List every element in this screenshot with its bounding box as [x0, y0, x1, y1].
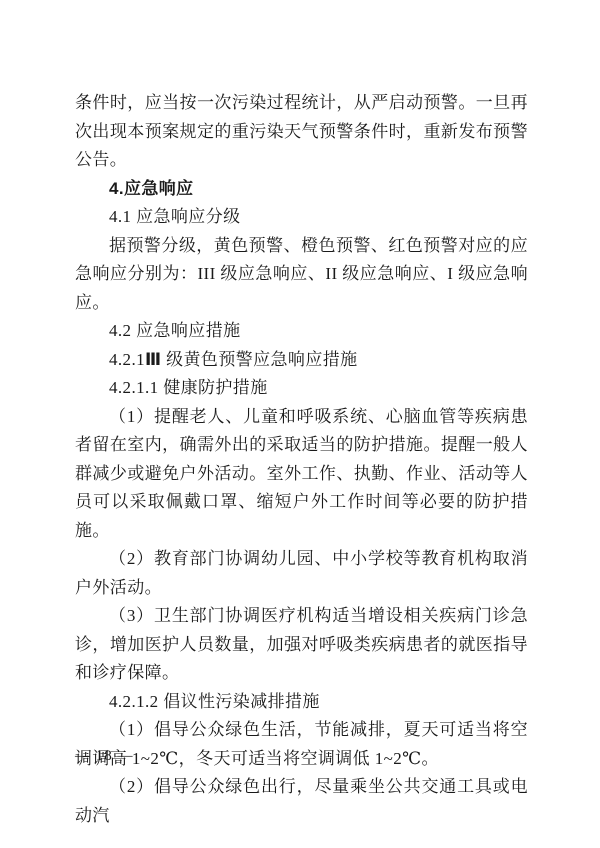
heading-4-1-response-grading: 4.1 应急响应分级: [75, 203, 528, 232]
page-number: — 18 —: [75, 748, 134, 765]
page-body-text: 条件时，应当按一次污染过程统计，从严启动预警。一旦再次出现本预案规定的重污染天气…: [75, 89, 528, 830]
heading-4-2-1-level3-yellow-warning: 4.2.1Ⅲ 级黄色预警应急响应措施: [75, 346, 528, 375]
paragraph-warning-continuation: 条件时，应当按一次污染过程统计，从严启动预警。一旦再次出现本预案规定的重污染天气…: [75, 89, 528, 175]
heading-4-2-1-2-advocacy-emission-reduction: 4.2.1.2 倡议性污染减排措施: [75, 688, 528, 717]
heading-4-2-response-measures: 4.2 应急响应措施: [75, 317, 528, 346]
paragraph-advocacy-measure-1: （1）倡导公众绿色生活，节能减排，夏天可适当将空调调高 1~2℃，冬天可适当将空…: [75, 716, 528, 773]
heading-4-2-1-roman-numeral: Ⅲ: [145, 350, 161, 369]
heading-4-2-1-1-health-protection: 4.2.1.1 健康防护措施: [75, 374, 528, 403]
heading-4-2-1-suffix: 级黄色预警应急响应措施: [161, 350, 357, 369]
paragraph-advocacy-measure-2: （2）倡导公众绿色出行，尽量乘坐公共交通工具或电动汽: [75, 773, 528, 830]
heading-section-4-emergency-response: 4.应急响应: [75, 175, 528, 204]
document-page: 条件时，应当按一次污染过程统计，从严启动预警。一旦再次出现本预案规定的重污染天气…: [0, 0, 600, 848]
paragraph-health-measure-3: （3）卫生部门协调医疗机构适当增设相关疾病门诊急诊，增加医护人员数量，加强对呼吸…: [75, 602, 528, 688]
paragraph-health-measure-2: （2）教育部门协调幼儿园、中小学校等教育机构取消户外活动。: [75, 545, 528, 602]
paragraph-response-grading: 据预警分级，黄色预警、橙色预警、红色预警对应的应急响应分别为：III 级应急响应…: [75, 232, 528, 318]
paragraph-health-measure-1: （1）提醒老人、儿童和呼吸系统、心脑血管等疾病患者留在室内，确需外出的采取适当的…: [75, 403, 528, 546]
heading-4-2-1-prefix: 4.2.1: [109, 350, 145, 369]
